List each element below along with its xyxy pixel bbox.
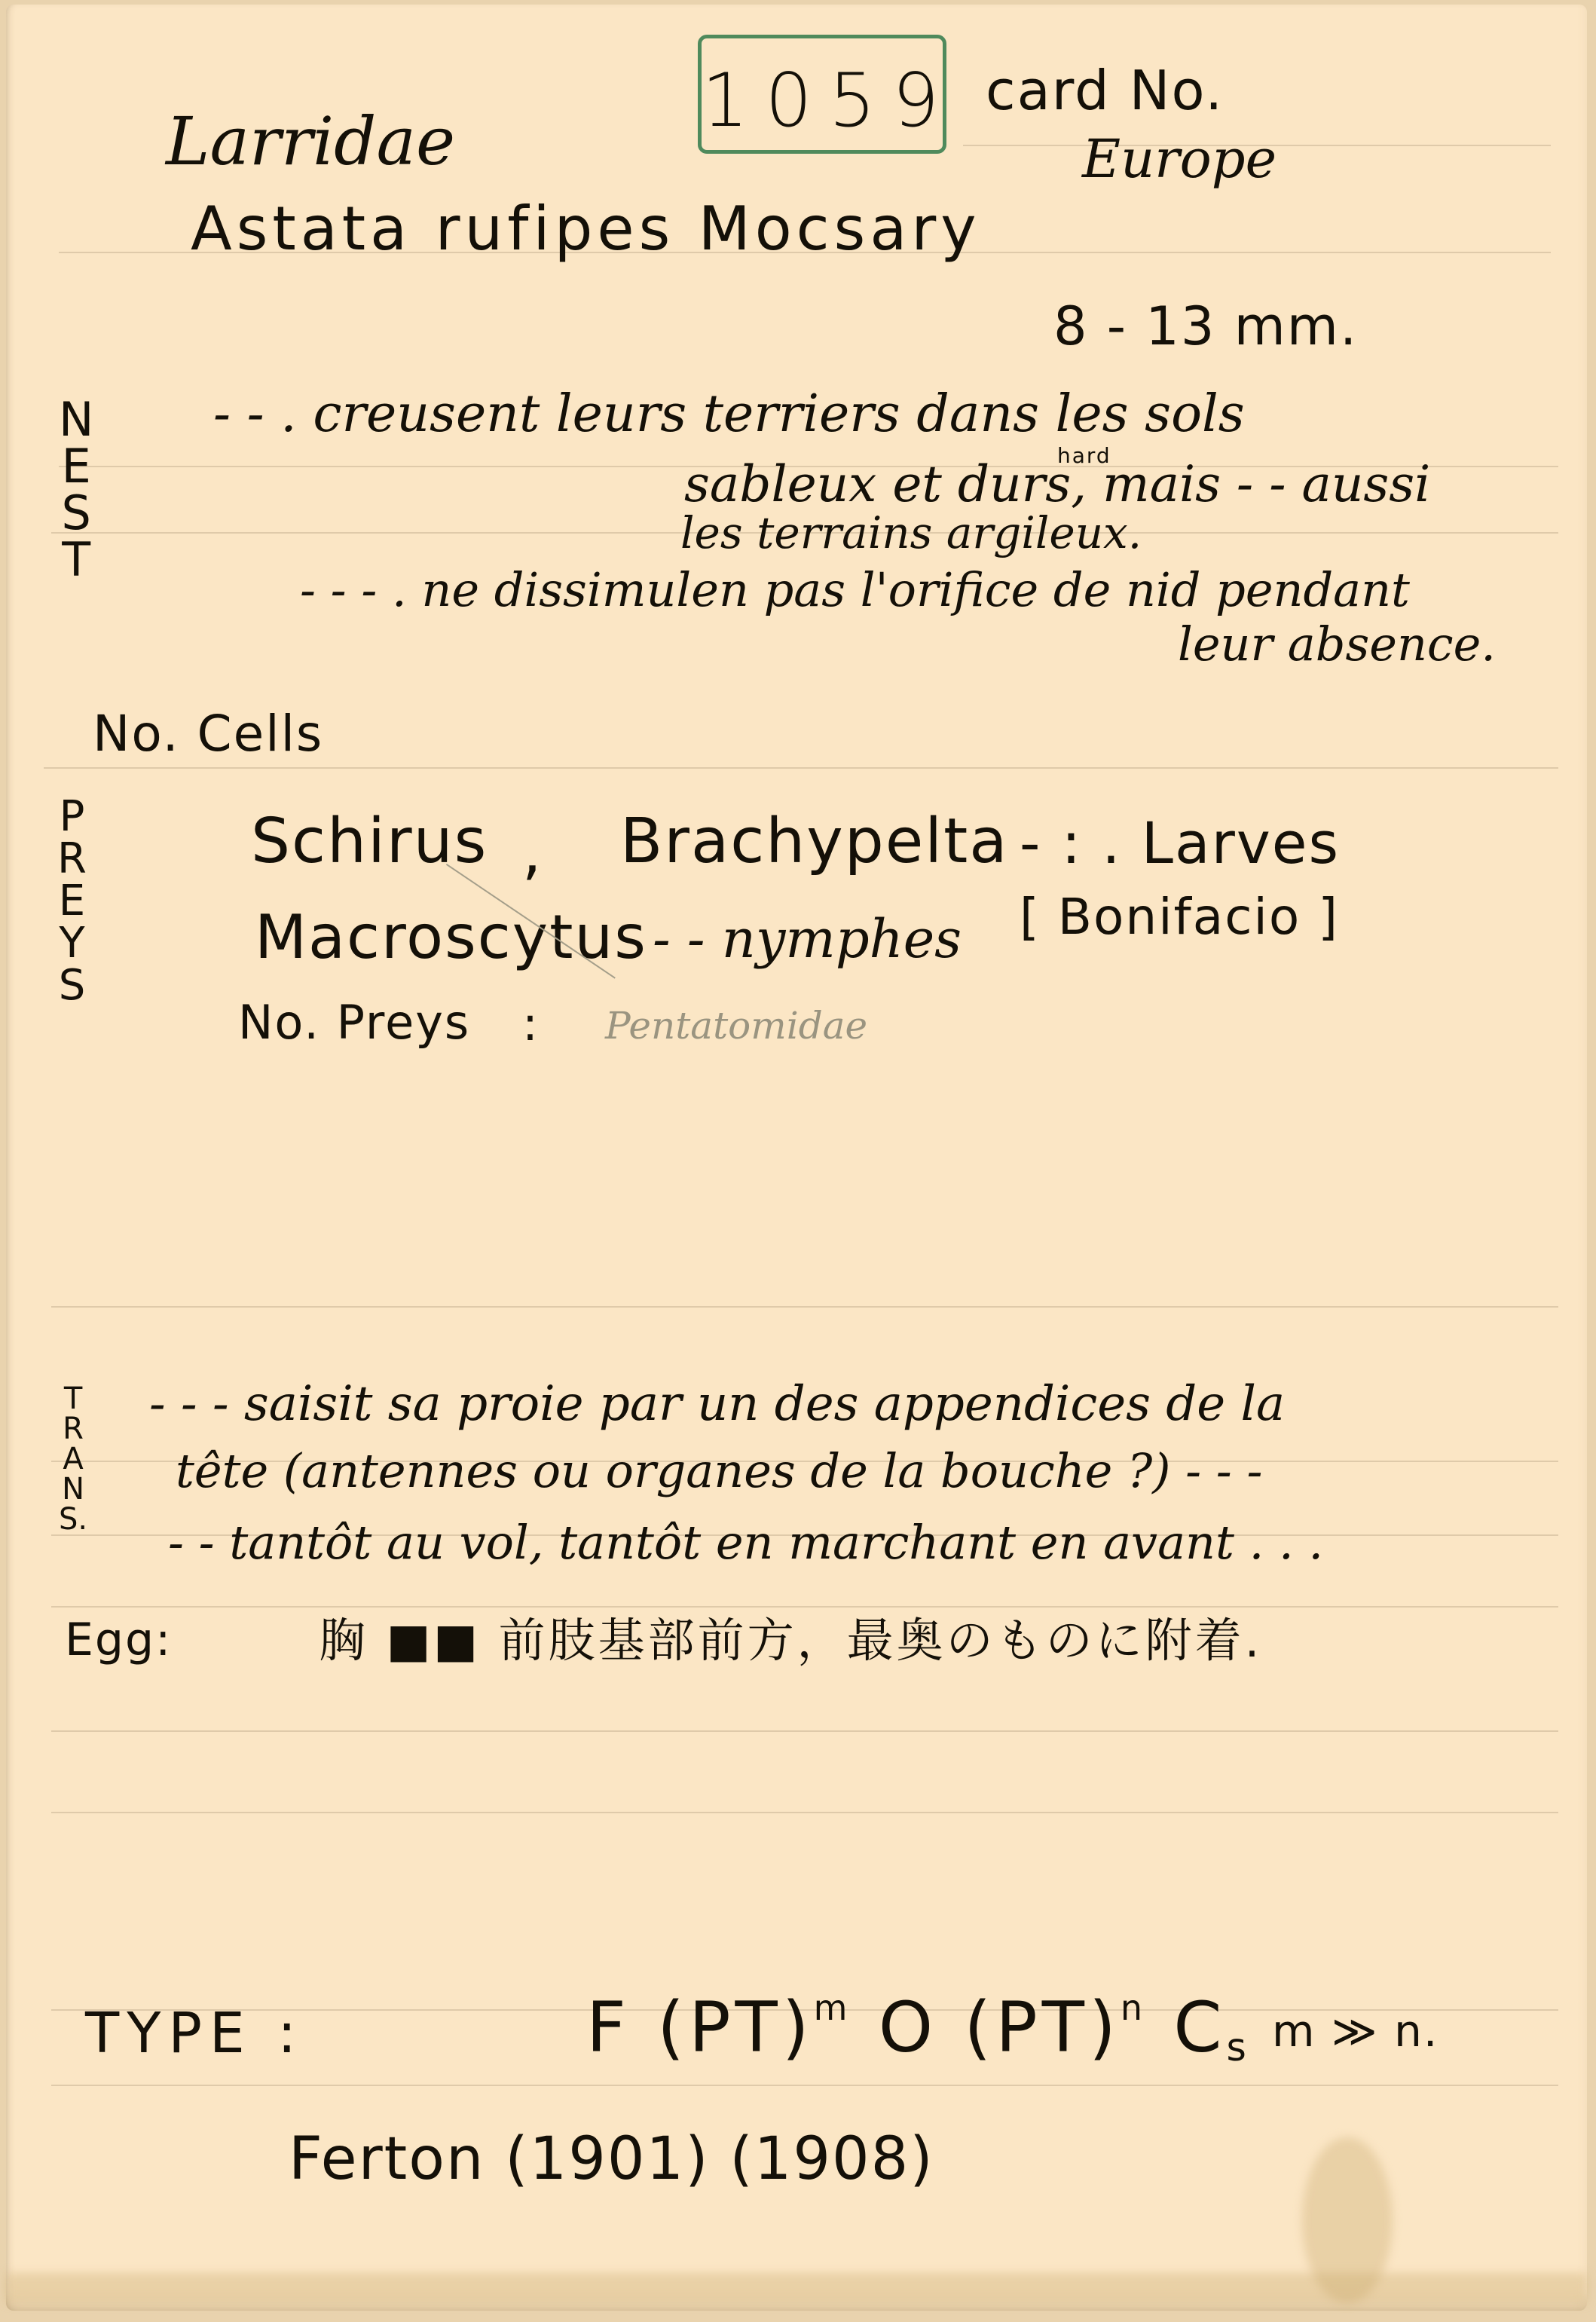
- nest-letter: T: [62, 537, 90, 583]
- preys-letter: P: [60, 796, 85, 838]
- family-name: Larridae: [166, 109, 455, 175]
- nest-letter: N: [59, 396, 93, 443]
- formula-pt-2: (PT): [964, 1987, 1120, 2067]
- trans-letter: S.: [59, 1504, 87, 1534]
- formula-c: C: [1173, 1987, 1226, 2067]
- prey-family-pencil-note: Pentatomidae: [605, 1007, 867, 1045]
- index-card: 1059 card No. Larridae Europe Astata ruf…: [6, 5, 1587, 2311]
- region: Europe: [1082, 133, 1276, 185]
- trans-letter: R: [63, 1414, 84, 1444]
- nest-line-3: les terrains argileux.: [680, 511, 1142, 555]
- egg-label: Egg:: [65, 1617, 172, 1663]
- type-label: TYPE :: [85, 2005, 304, 2061]
- nest-line-1: - - . creusent leurs terriers dans les s…: [213, 389, 1245, 440]
- ruled-line: [51, 1606, 1558, 1608]
- formula-subscript-s: s: [1227, 2025, 1251, 2070]
- type-condition: m ≫ n.: [1272, 2009, 1439, 2053]
- formula-exponent-n: n: [1121, 1987, 1147, 2028]
- formula-pt: (PT): [657, 1987, 813, 2067]
- trans-line-3: - - tantôt au vol, tantôt en marchant en…: [168, 1519, 1323, 1566]
- prey-stage-nymphs: - - nymphes: [653, 913, 962, 965]
- nest-letter: S: [62, 490, 91, 537]
- preys-count-label: No. Preys: [238, 999, 470, 1046]
- species-name: Astata rufipes Mocsary: [191, 199, 981, 259]
- trans-side-label: T R A N S.: [59, 1384, 87, 1534]
- trans-letter: A: [63, 1444, 83, 1474]
- trans-letter: N: [62, 1474, 84, 1504]
- preys-side-label: P R E Y S: [57, 796, 87, 1007]
- paper-stain: [6, 2273, 1587, 2303]
- formula-f: F: [586, 1987, 631, 2067]
- preys-letter: S: [59, 965, 86, 1007]
- ruled-line: [44, 767, 1558, 769]
- trans-line-2: tête (antennes ou organes de la bouche ?…: [176, 1448, 1262, 1494]
- cells-label: No. Cells: [93, 709, 323, 759]
- preys-count-sep: :: [522, 1001, 540, 1048]
- card-number-box: 1059: [698, 35, 946, 154]
- body-size: 8 - 13 mm.: [1053, 300, 1358, 353]
- preys-letter: E: [59, 880, 85, 922]
- egg-text: 胸 ■■ 前肢基部前方，最奥のものに附着.: [319, 1617, 1262, 1664]
- ruled-line: [51, 2085, 1558, 2086]
- prey-stage-larvae: - : . Larves: [1020, 815, 1340, 872]
- formula-o: O: [879, 1987, 937, 2067]
- nest-letter: E: [62, 443, 91, 490]
- nest-line-5: leur absence.: [1178, 621, 1496, 668]
- prey-schirus: Schirus: [251, 811, 488, 873]
- reference-citation: Ferton (1901) (1908): [289, 2130, 934, 2189]
- card-number-label: card No.: [986, 63, 1224, 118]
- ruled-line: [51, 1730, 1558, 1732]
- prey-locality: [ Bonifacio ]: [1020, 892, 1339, 942]
- prey-brachypelta: Brachypelta: [620, 811, 1008, 873]
- type-formula: F (PT)m O (PT)n Cs: [586, 1990, 1251, 2067]
- trans-letter: T: [64, 1384, 82, 1414]
- prey-separator: ,: [522, 822, 543, 883]
- preys-letter: Y: [59, 922, 84, 965]
- nest-line-4: - - - . ne dissimulen pas l'orifice de n…: [300, 567, 1410, 613]
- card-number: 1059: [702, 58, 943, 144]
- ruled-line: [51, 1306, 1558, 1308]
- formula-exponent-m: m: [814, 1987, 852, 2028]
- preys-letter: R: [57, 838, 87, 880]
- nest-side-label: N E S T: [59, 396, 93, 583]
- ruled-line: [51, 1812, 1558, 1813]
- nest-line-2: sableux et durs, mais - - aussi: [684, 460, 1430, 509]
- trans-line-1: - - - saisit sa proie par un des appendi…: [149, 1380, 1285, 1428]
